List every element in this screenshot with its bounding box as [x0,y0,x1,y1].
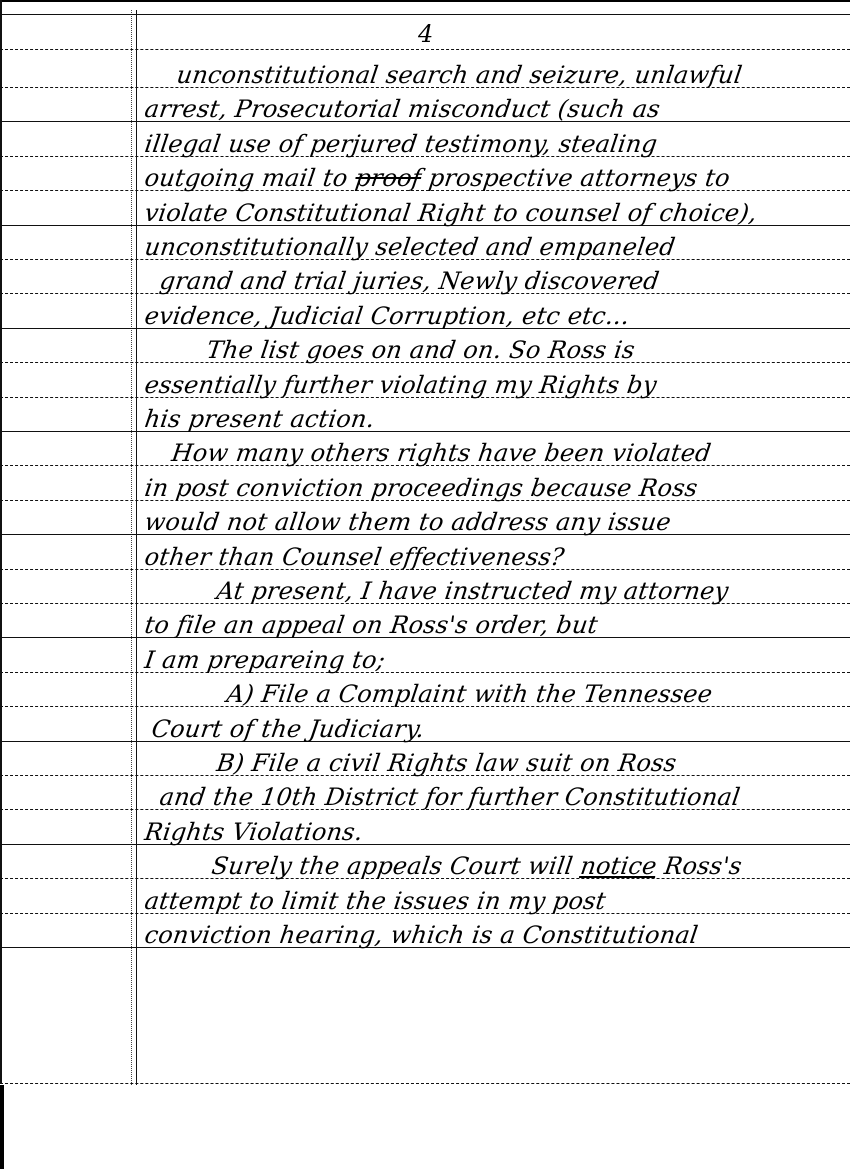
line-segment: illegal use of perjured testimony, steal… [143,130,659,158]
line-segment: violate Constitutional Right to counsel … [143,199,759,227]
handwritten-line: I am prepareing to; [143,647,387,673]
line-segment: conviction hearing, which is a Constitut… [143,921,700,949]
line-segment: unconstitutional search and seizure, unl… [175,61,744,89]
ruled-line [0,672,850,673]
handwritten-line: grand and trial juries, Newly discovered [158,268,661,294]
scan-edge-shadow [0,1085,4,1169]
line-segment: would not allow them to address any issu… [143,508,673,536]
ruled-line [0,1083,850,1084]
line-segment: Rights Violations. [143,818,365,846]
handwritten-line: Surely the appeals Court will notice Ros… [210,853,744,879]
line-segment: I am prepareing to; [143,646,387,674]
margin-line [136,10,137,1085]
struck-word: proof [354,164,424,192]
line-segment: Ross's [655,852,744,880]
line-segment: How many others rights have been violate… [170,439,713,467]
handwritten-line: evidence, Judicial Corruption, etc etc..… [143,303,631,329]
line-segment: prospective attorneys to [419,164,732,192]
line-segment: his present action. [143,405,377,433]
line-segment: in post conviction proceedings because R… [143,474,700,502]
handwritten-line: Rights Violations. [143,819,365,845]
line-segment: evidence, Judicial Corruption, etc etc..… [143,302,632,330]
handwritten-line: would not allow them to address any issu… [143,509,673,535]
line-segment: outgoing mail to [143,164,358,192]
scanned-page: 4 unconstitutional search and seizure, u… [0,0,850,1169]
handwritten-line: unconstitutionally selected and empanele… [143,234,677,260]
ruled-line [0,431,850,432]
line-segment: essentially further violating my Rights … [143,371,659,399]
margin-line-dotted [131,10,132,1085]
line-segment: to file an appeal on Ross's order, but [143,611,600,639]
line-segment: attempt to limit the issues in my post [143,887,608,915]
handwritten-line: attempt to limit the issues in my post [143,888,608,914]
line-segment: unconstitutionally selected and empanele… [143,233,677,261]
handwritten-line: violate Constitutional Right to counsel … [143,200,759,226]
handwritten-line: Court of the Judiciary. [150,716,426,742]
line-segment: A) File a Complaint with the Tennessee [225,680,714,708]
handwritten-line: The list goes on and on. So Ross is [205,337,637,363]
handwritten-line: his present action. [143,406,376,432]
handwritten-line: and the 10th District for further Consti… [158,784,742,810]
handwritten-line: A) File a Complaint with the Tennessee [225,681,714,707]
handwritten-line: in post conviction proceedings because R… [143,475,699,501]
ruled-line [0,14,850,15]
handwritten-line: outgoing mail to proof prospective attor… [143,165,732,191]
line-segment: The list goes on and on. So Ross is [205,336,637,364]
handwritten-line: At present, I have instructed my attorne… [215,578,730,604]
ruled-line [0,49,850,50]
page-number: 4 [418,22,433,46]
handwritten-line: essentially further violating my Rights … [143,372,658,398]
handwritten-line: B) File a civil Rights law suit on Ross [215,750,678,776]
handwritten-line: conviction hearing, which is a Constitut… [143,922,700,948]
ruled-line [0,844,850,845]
top-border [0,0,850,2]
handwritten-line: How many others rights have been violate… [170,440,713,466]
line-segment: B) File a civil Rights law suit on Ross [215,749,679,777]
line-segment: and the 10th District for further Consti… [158,783,742,811]
underlined-word: notice [579,852,659,880]
ruled-line [0,741,850,742]
line-segment: other than Counsel effectiveness? [143,543,566,571]
left-page-edge [0,0,2,1083]
handwritten-line: arrest, Prosecutorial misconduct (such a… [143,96,662,122]
line-segment: Court of the Judiciary. [150,715,426,743]
handwritten-line: to file an appeal on Ross's order, but [143,612,600,638]
handwritten-line: unconstitutional search and seizure, unl… [175,62,744,88]
handwritten-line: illegal use of perjured testimony, steal… [143,131,659,157]
line-segment: arrest, Prosecutorial misconduct (such a… [143,95,662,123]
line-segment: grand and trial juries, Newly discovered [158,267,661,295]
line-segment: At present, I have instructed my attorne… [215,577,730,605]
line-segment: Surely the appeals Court will [210,852,583,880]
handwritten-line: other than Counsel effectiveness? [143,544,566,570]
